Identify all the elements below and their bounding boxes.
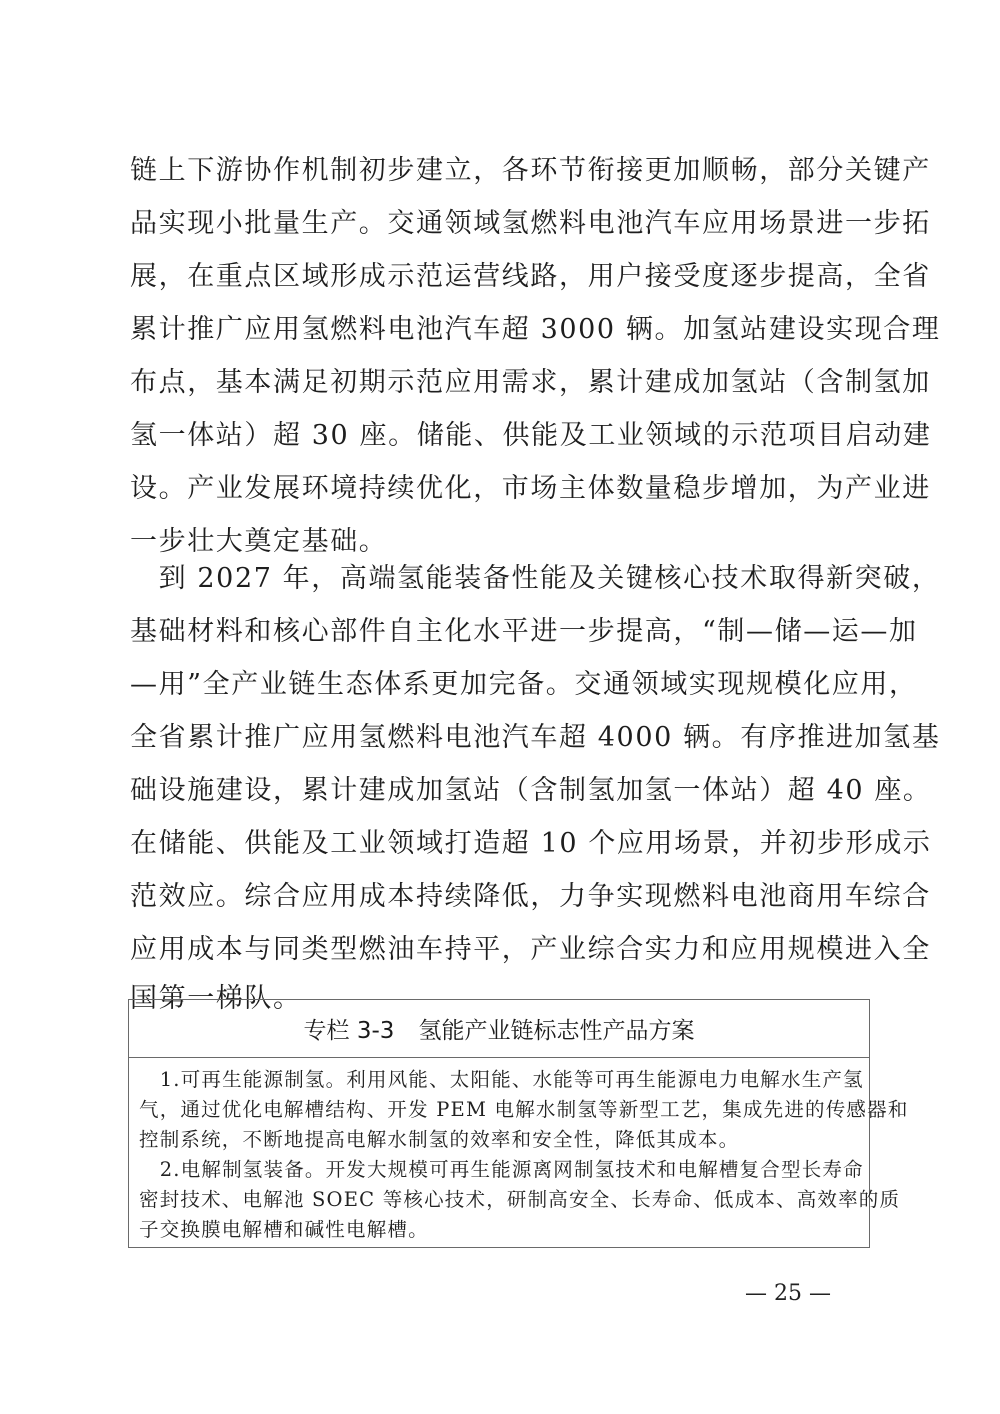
- sidebar-box-line: 气，通过优化电解槽结构、开发 PEM 电解水制氢等新型工艺，集成先进的传感器和: [139, 1098, 861, 1122]
- body-text-line: 设。产业发展环境持续优化，市场主体数量稳步增加，为产业进: [130, 474, 872, 504]
- body-text-line: 全省累计推广应用氢燃料电池汽车超 4000 辆。有序推进加氢基: [130, 723, 872, 753]
- body-text-line: 累计推广应用氢燃料电池汽车超 3000 辆。加氢站建设实现合理: [130, 315, 872, 345]
- sidebar-box-number: 专栏 3-3: [304, 1012, 395, 1045]
- sidebar-box-line: 子交换膜电解槽和碱性电解槽。: [139, 1218, 861, 1242]
- body-text-line: 一步壮大奠定基础。: [130, 527, 872, 557]
- body-text-line: 范效应。综合应用成本持续降低，力争实现燃料电池商用车综合: [130, 882, 872, 912]
- body-text-line: 链上下游协作机制初步建立，各环节衔接更加顺畅，部分关键产: [130, 156, 872, 186]
- sidebar-box-line: 控制系统，不断地提高电解水制氢的效率和安全性，降低其成本。: [139, 1128, 861, 1152]
- page-number: — 25 —: [745, 1281, 831, 1306]
- body-text-line: 应用成本与同类型燃油车持平，产业综合实力和应用规模进入全: [130, 935, 872, 965]
- sidebar-box-heading: 氢能产业链标志性产品方案: [418, 1012, 694, 1045]
- body-text-line: 础设施建设，累计建成加氢站（含制氢加氢一体站）超 40 座。: [130, 776, 872, 806]
- body-text-line: 在储能、供能及工业领域打造超 10 个应用场景，并初步形成示: [130, 829, 872, 859]
- body-text-line: 到 2027 年，高端氢能装备性能及关键核心技术取得新突破，: [130, 564, 872, 594]
- sidebar-box-line: 2.电解制氢装备。开发大规模可再生能源离网制氢技术和电解槽复合型长寿命: [139, 1158, 861, 1182]
- body-text-line: 品实现小批量生产。交通领域氢燃料电池汽车应用场景进一步拓: [130, 209, 872, 239]
- sidebar-box-line: 密封技术、电解池 SOEC 等核心技术，研制高安全、长寿命、低成本、高效率的质: [139, 1188, 861, 1212]
- sidebar-box-line: 1.可再生能源制氢。利用风能、太阳能、水能等可再生能源电力电解水生产氢: [139, 1068, 861, 1092]
- body-text-line: —用”全产业链生态体系更加完备。交通领域实现规模化应用，: [130, 670, 872, 700]
- body-text-line: 展，在重点区域形成示范运营线路，用户接受度逐步提高，全省: [130, 262, 872, 292]
- sidebar-box: 专栏 3-3 氢能产业链标志性产品方案 1.可再生能源制氢。利用风能、太阳能、水…: [128, 999, 870, 1248]
- body-text-line: 氢一体站）超 30 座。储能、供能及工业领域的示范项目启动建: [130, 421, 872, 451]
- body-text-line: 布点，基本满足初期示范应用需求，累计建成加氢站（含制氢加: [130, 368, 872, 398]
- body-text-line: 基础材料和核心部件自主化水平进一步提高，“制—储—运—加: [130, 617, 872, 647]
- sidebar-box-title: 专栏 3-3 氢能产业链标志性产品方案: [129, 1000, 869, 1058]
